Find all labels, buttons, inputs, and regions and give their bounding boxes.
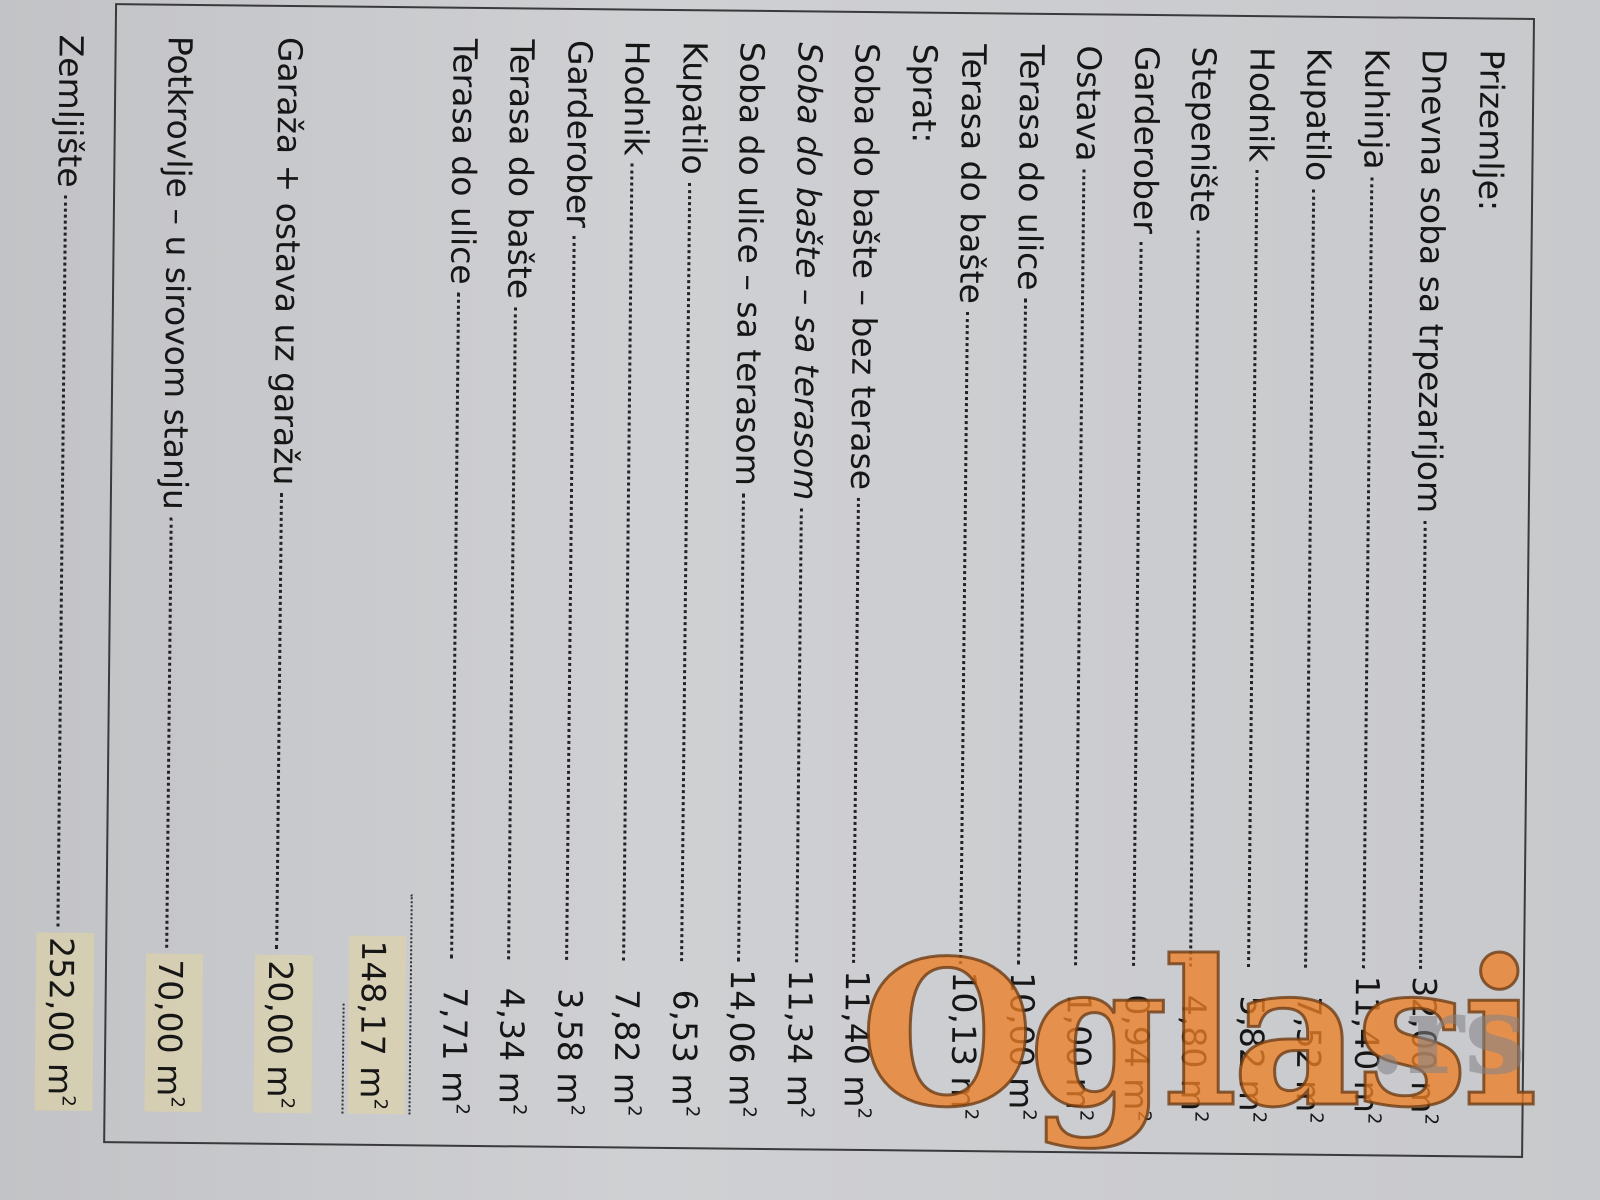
area-row: Soba do bašte – bez terase11,40 m2 [831, 43, 900, 1120]
area-row: Kupatilo6,53 m2 [659, 41, 728, 1118]
area-value: 11,40 m2 [1341, 974, 1400, 1125]
area-label: Stepenište [1178, 46, 1229, 222]
area-row: Terasa do bašte10,13 m2 [938, 44, 1007, 1121]
dot-leader [508, 307, 518, 959]
area-label: Garderober [1120, 46, 1171, 234]
area-value: 4,80 m2 [1168, 972, 1227, 1123]
dot-leader [960, 312, 970, 964]
area-value: 7,82 m2 [601, 966, 660, 1117]
dot-leader [680, 183, 691, 961]
dot-leader [56, 196, 67, 927]
area-value: 3,58 m2 [544, 966, 603, 1117]
dot-leader [623, 164, 634, 961]
area-label: Dnevna soba sa trpezarijom [1405, 49, 1459, 514]
area-value: 70,00 m2 [144, 954, 203, 1113]
area-value: 32,00 m2 [1398, 975, 1457, 1126]
dot-leader [1305, 189, 1316, 967]
dot-leader [1017, 299, 1027, 965]
dot-leader [1132, 242, 1143, 966]
area-row: Stepenište4,80 m2 [1168, 46, 1237, 1123]
area-value: 1,00 m2 [1053, 971, 1112, 1122]
dot-leader [275, 493, 283, 949]
area-label: Soba do bašte – bez terase [838, 43, 892, 491]
area-value: 20,00 m2 [254, 955, 313, 1114]
area-label: Kuhinja [1351, 48, 1402, 170]
area-value: 10,00 m2 [996, 970, 1055, 1121]
area-row: Hodnik5,82 m2 [1226, 47, 1295, 1124]
area-row: Hodnik7,82 m2 [601, 40, 670, 1117]
area-label: Kupatilo [1293, 47, 1344, 181]
area-row: Garderober0,94 m2 [1111, 46, 1180, 1123]
dot-leader [795, 508, 803, 962]
area-value: 7,52 m2 [1283, 973, 1342, 1124]
dot-leader [1075, 169, 1086, 965]
area-row: Soba do bašte – sa terasom11,34 m2 [774, 42, 843, 1119]
area-row: Garaža + ostava uz garažu20,00 m2 [254, 37, 323, 1114]
area-label: Zemljište [45, 34, 96, 188]
area-label: Potkrovlje – u sirovom stanju [151, 36, 205, 511]
area-label: Garderober [553, 40, 604, 228]
area-row: Dnevna soba sa trpezarijom32,00 m2 [1398, 49, 1467, 1126]
area-label: Garaža + ostava uz garažu [261, 37, 315, 486]
dot-leader [565, 236, 576, 960]
area-row: Zemljište252,00 m2 [35, 34, 104, 1111]
area-row: Potkrovlje – u sirovom stanju70,00 m2 [144, 36, 213, 1113]
area-label: Hodnik [1236, 47, 1287, 163]
dot-leader [1190, 230, 1201, 966]
dot-leader [450, 293, 460, 959]
area-row: Garderober3,58 m2 [544, 40, 613, 1117]
area-value: 6,53 m2 [659, 967, 718, 1118]
area-label: Soba do ulice – sa terasom [723, 42, 777, 487]
area-label: Terasa do ulice [1005, 44, 1057, 290]
area-row: Soba do ulice – sa terasom14,06 m2 [716, 42, 785, 1119]
dot-leader [166, 518, 174, 948]
area-label: Terasa do ulice [438, 39, 490, 285]
dot-leader [853, 498, 861, 963]
dot-leader [738, 494, 746, 962]
area-row: Terasa do ulice10,00 m2 [996, 44, 1065, 1121]
area-value: 11,34 m2 [774, 968, 833, 1119]
area-label: Kupatilo [669, 41, 720, 175]
dot-leader [1420, 521, 1428, 969]
area-row: Kuhinja11,40 m2 [1341, 48, 1410, 1125]
area-label: Hodnik [612, 40, 663, 156]
area-label: Terasa do bašte [947, 44, 999, 304]
area-value: 252,00 m2 [35, 933, 94, 1111]
area-value: 0,94 m2 [1111, 972, 1170, 1123]
floor-area-sheet: Prizemlje: Dnevna soba sa trpezarijom32,… [103, 3, 1535, 1158]
area-value: 10,13 m2 [938, 970, 997, 1121]
subtotal-value: 148,17 m2 [347, 936, 406, 1114]
dot-leader [1362, 178, 1373, 969]
area-list: Prizemlje: Dnevna soba sa trpezarijom32,… [123, 35, 1516, 1125]
area-value: 11,40 m2 [831, 969, 890, 1120]
area-row: Terasa do bašte4,34 m2 [486, 39, 555, 1116]
area-value: 5,82 m2 [1226, 973, 1285, 1124]
area-row: Ostava1,00 m2 [1053, 45, 1122, 1122]
area-label: Terasa do bašte [495, 39, 547, 299]
area-label: Soba do bašte – sa terasom [780, 42, 834, 500]
area-value: 4,34 m2 [486, 965, 545, 1116]
area-row: Terasa do ulice7,71 m2 [429, 39, 498, 1116]
area-value: 7,71 m2 [429, 964, 488, 1115]
dot-leader [1247, 170, 1258, 967]
area-label: Ostava [1063, 45, 1114, 162]
area-row: Kupatilo7,52 m2 [1283, 47, 1352, 1124]
area-value: 14,06 m2 [716, 967, 775, 1118]
